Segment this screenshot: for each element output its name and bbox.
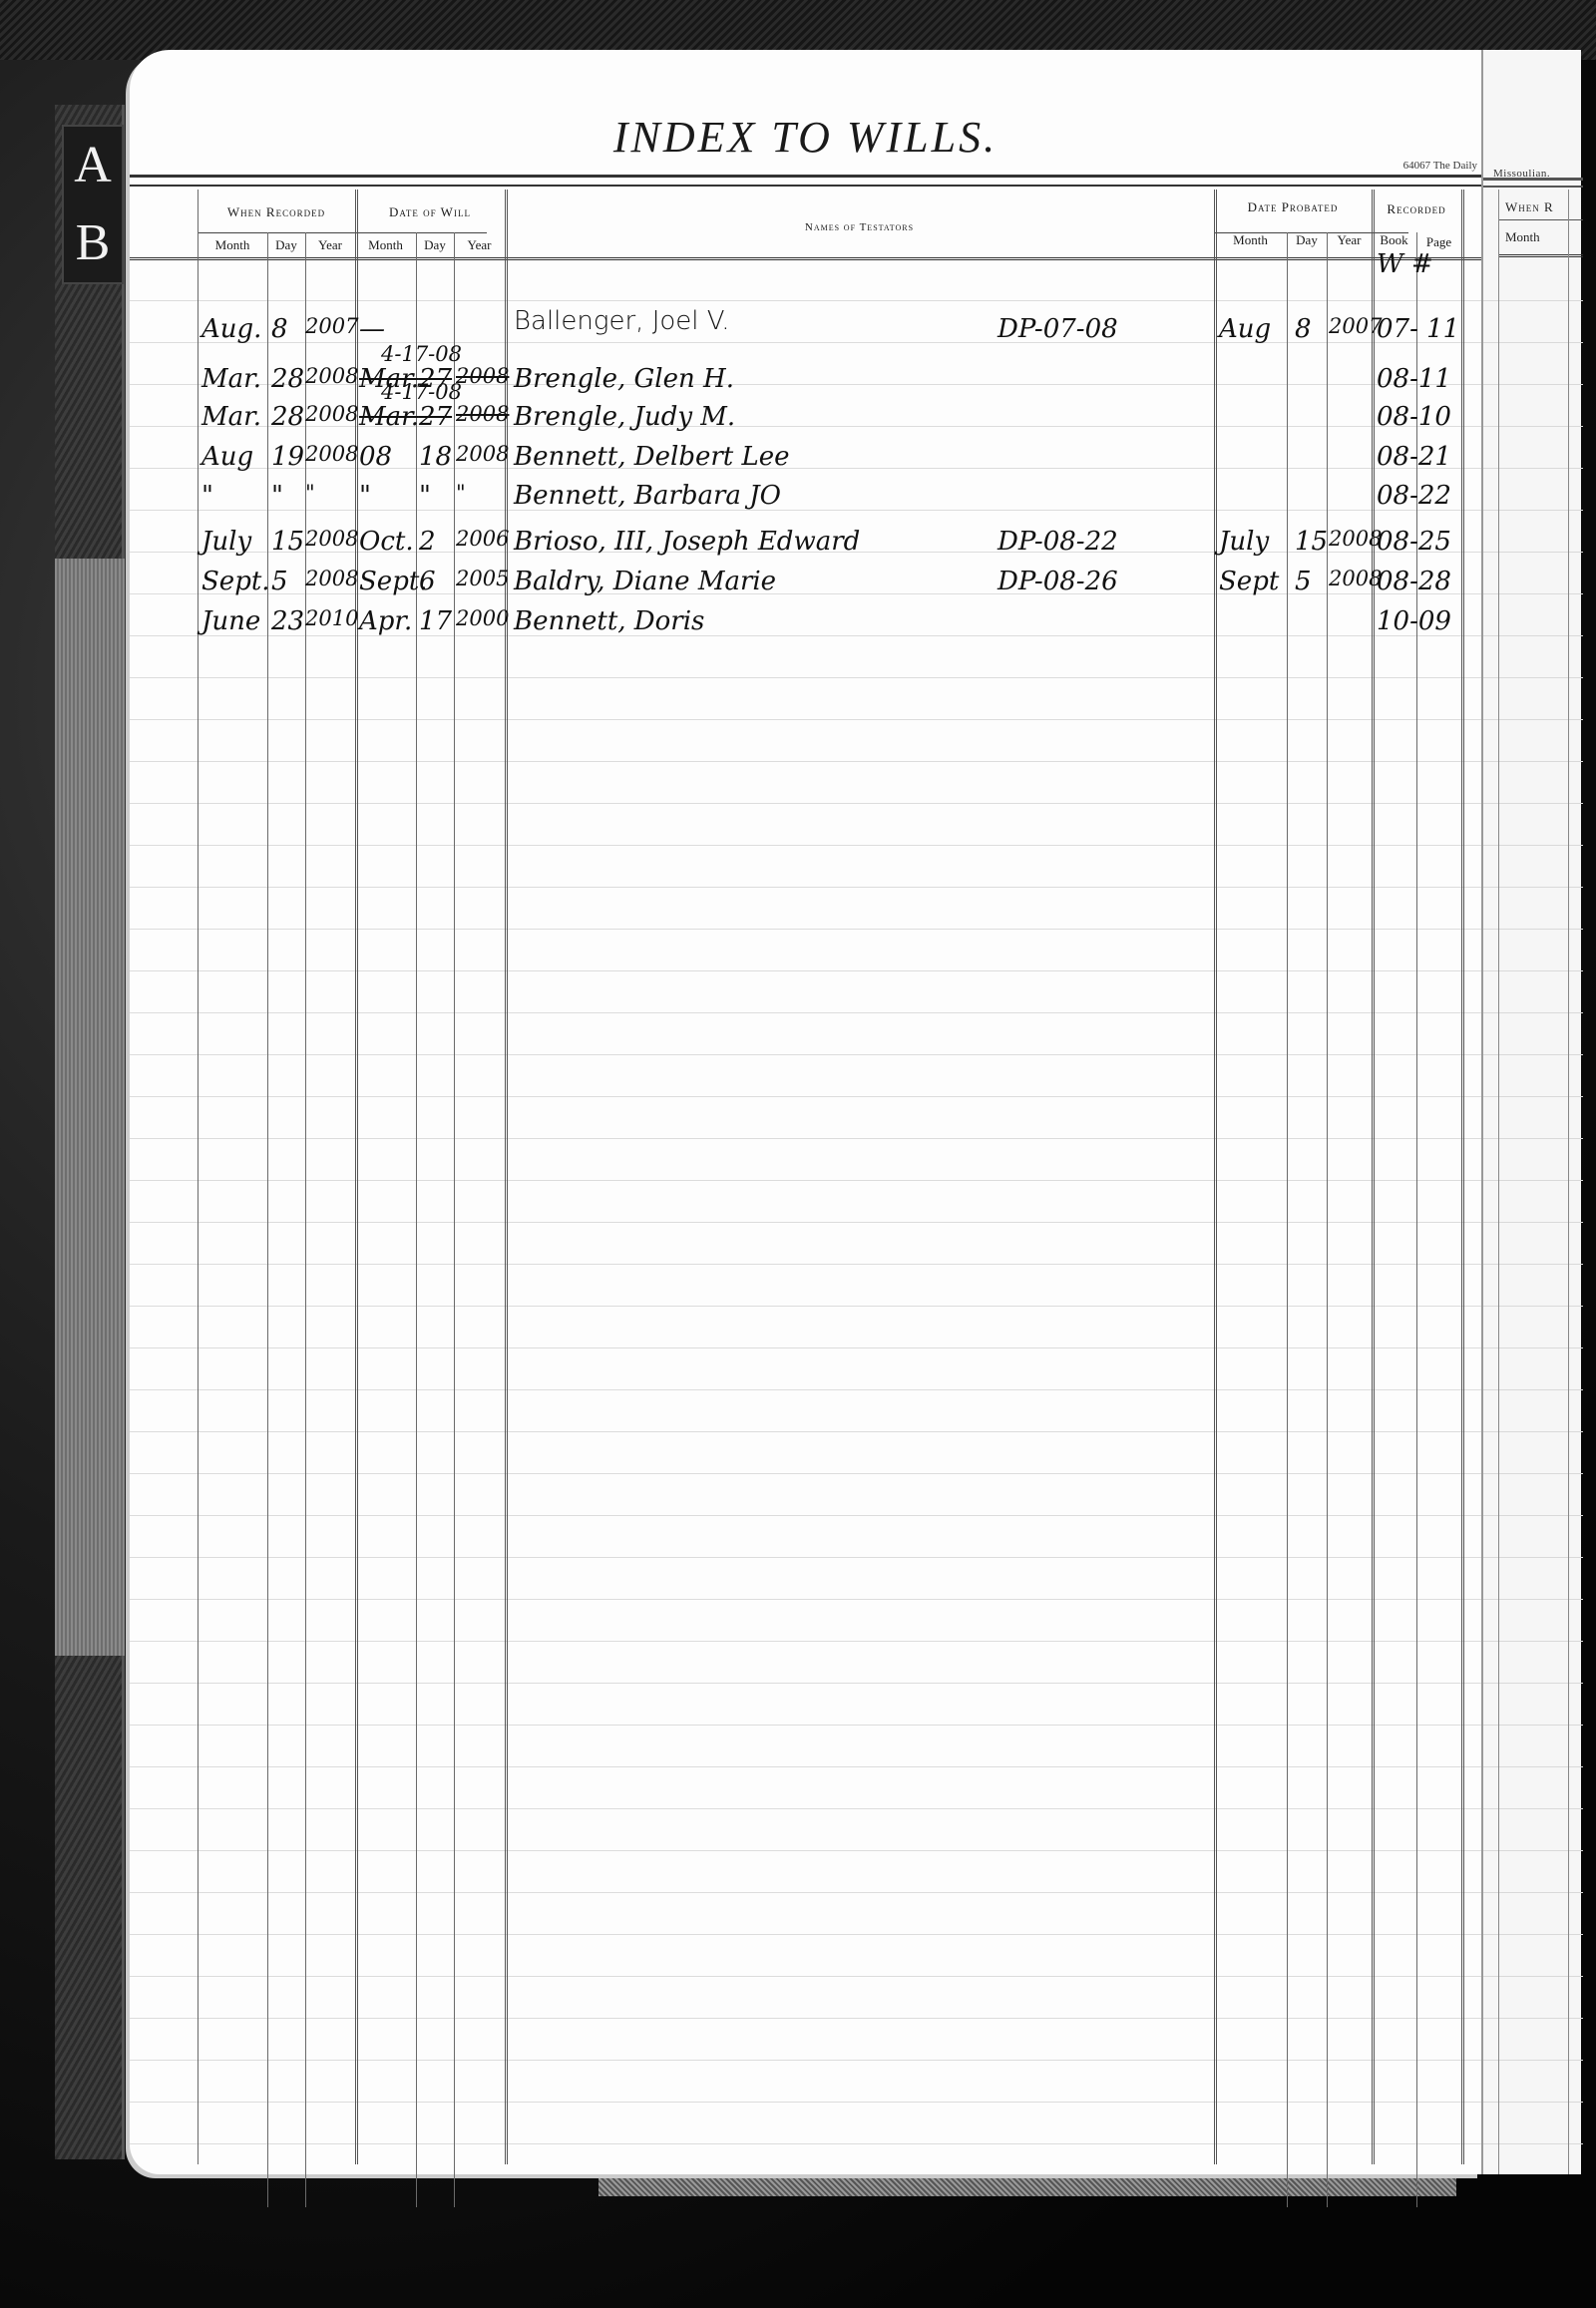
header-names-of-testators: Names of Testators [505,221,1214,233]
next-page-header-when-recorded: When R [1505,199,1554,215]
recorded-day: 19 [271,442,304,472]
col-line [1498,190,1499,2174]
next-page-edge: Missoulian. When R Month [1481,50,1581,2174]
next-page-subdivider [1498,219,1583,220]
recorded-year: 2008 [305,527,358,551]
page-title: INDEX TO WILLS. [130,112,1481,163]
recorded-month: Sept. [201,567,270,596]
col-line [1287,232,1288,2207]
will-date-correction: 4-17-08 [381,380,462,404]
will-year: 2008 [456,402,509,426]
will-month: — [359,314,385,344]
recorded-day: 28 [271,364,304,394]
will-day: 6 [419,567,436,596]
book-page: 08-22 [1377,481,1451,511]
will-month: Sept. [359,567,428,596]
recorded-year: 2008 [305,567,358,590]
probated-year: 2007 [1329,314,1382,338]
testator-name: Brengle, Glen H. [514,364,734,394]
col-line [1568,190,1569,2174]
case-number: DP-08-26 [997,567,1118,596]
subheader-year: Year [454,237,505,253]
recorded-year: 2010 [305,606,358,630]
will-day: 2 [419,527,436,557]
will-month: Apr. [359,606,412,636]
recorded-year: 2008 [305,364,358,388]
will-year: 2000 [456,606,509,630]
recorded-day: 23 [271,606,304,636]
book-page: 10-09 [1377,606,1451,636]
will-day: 17 [419,606,452,636]
case-number: DP-08-22 [997,527,1118,557]
header-rule [130,175,1481,187]
will-year: 2008 [456,442,509,466]
will-year: " [456,481,466,505]
header-subdivider-left [198,232,487,233]
col-line [505,190,508,2164]
header-when-recorded: When Recorded [198,204,355,220]
recorded-month: Aug. [201,314,261,344]
will-month: " [359,481,371,511]
next-page-header-rule [1483,178,1583,188]
will-day: 27 [419,402,452,432]
will-day: 18 [419,442,452,472]
subheader-day: Day [267,237,305,253]
recorded-year: 2007 [305,314,358,338]
will-year: 2008 [456,364,509,388]
page-stack-edge [598,2174,1456,2196]
subheader-day: Day [1287,232,1327,248]
book-spine-cloth [55,559,125,1656]
will-month: Mar. [359,402,419,432]
book-page: 08-28 [1377,567,1451,596]
probated-day: 5 [1295,567,1312,596]
book-page: 08-11 [1377,364,1451,394]
will-month: 08 [359,442,392,472]
header-recorded: Recorded [1372,201,1461,217]
book-page: 08-21 [1377,442,1451,472]
recorded-month: Aug [201,442,253,472]
probated-month: Aug [1219,314,1271,344]
recorded-month: June [201,606,260,636]
testator-name: Bennett, Delbert Lee [514,442,790,472]
col-line [198,190,199,2164]
subheader-page: Page [1416,234,1461,250]
probated-day: 8 [1295,314,1312,344]
col-line [454,232,455,2207]
col-line [1372,190,1375,2164]
subheader-month: Month [355,237,416,253]
testator-name: Baldry, Diane Marie [514,567,776,596]
recorded-year: 2008 [305,402,358,426]
header-date-probated: Date Probated [1214,199,1372,215]
book-page: 08-25 [1377,527,1451,557]
recorded-day: 5 [271,567,288,596]
will-month: Oct. [359,527,414,557]
testator-name: Ballenger, Joel V. [514,306,729,336]
index-tab[interactable]: A B [62,125,124,284]
subheader-year: Year [1327,232,1372,248]
probated-month: Sept [1219,567,1279,596]
col-line [267,232,268,2207]
probated-month: July [1219,527,1269,557]
tab-letter-b: B [76,217,111,269]
printer-imprint: 64067 The Daily [1403,160,1477,172]
probated-year: 2008 [1329,527,1382,551]
col-line [416,232,417,2207]
recorded-day: 28 [271,402,304,432]
recorded-year: 2008 [305,442,358,466]
recorded-year: " [305,481,315,505]
next-page-subheader-month: Month [1505,229,1540,245]
recorded-month: " [201,481,213,511]
col-line [355,190,358,2164]
recorded-day: 15 [271,527,304,557]
subheader-year: Year [305,237,355,253]
book-page: 08-10 [1377,402,1451,432]
probated-day: 15 [1295,527,1328,557]
testator-name: Brengle, Judy M. [514,402,735,432]
will-day: " [419,481,431,511]
subheader-month: Month [1214,232,1287,248]
recorded-month: Mar. [201,364,261,394]
testator-name: Brioso, III, Joseph Edward [514,527,860,557]
will-date-correction: 4-17-08 [381,342,462,366]
testator-name: Bennett, Barbara JO [514,481,781,511]
ledger-page: INDEX TO WILLS. 64067 The Daily When Rec… [130,50,1481,2174]
recorded-day: 8 [271,314,288,344]
tab-letter-a: A [74,140,112,192]
col-line [1214,190,1217,2164]
subheader-book: Book [1372,232,1416,248]
recorded-month: Mar. [201,402,261,432]
header-bottom-rule [130,257,1481,260]
recorded-day: " [271,481,283,511]
book-page: 07- 11 [1377,314,1459,344]
book-page-note: W # [1377,249,1433,279]
recorded-month: July [201,527,251,557]
subheader-month: Month [198,237,267,253]
subheader-day: Day [416,237,454,253]
col-line [1461,190,1464,2164]
next-page-header-bottom [1498,254,1583,257]
will-year: 2005 [456,567,509,590]
will-year: 2006 [456,527,509,551]
header-date-of-will: Date of Will [355,204,505,220]
case-number: DP-07-08 [997,314,1118,344]
testator-name: Bennett, Doris [514,606,704,636]
probated-year: 2008 [1329,567,1382,590]
